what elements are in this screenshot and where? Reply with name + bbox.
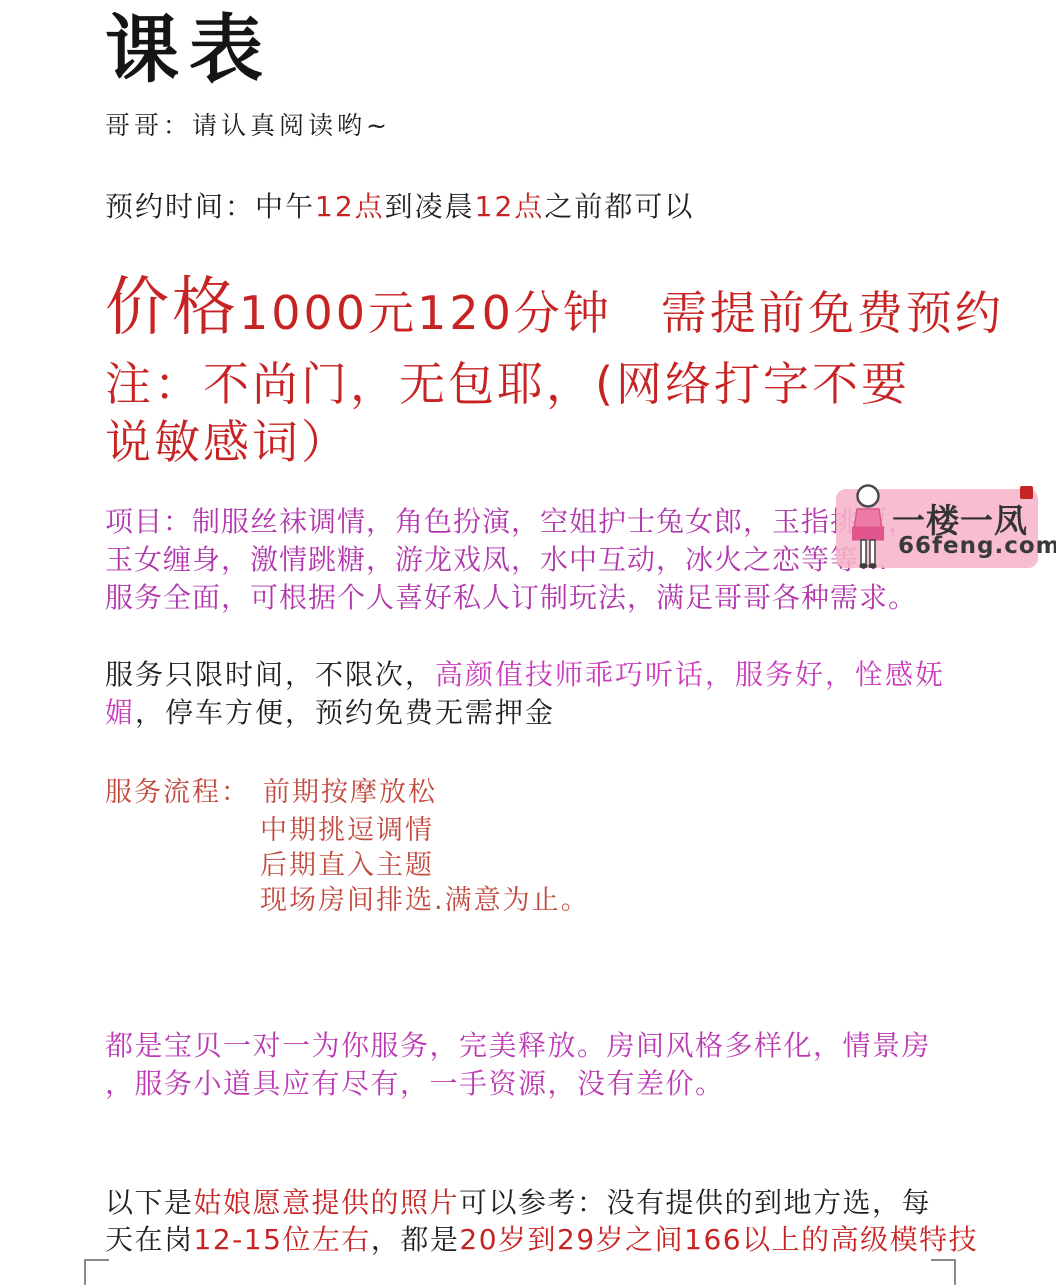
- booking-seg-5: 之前都可以: [544, 190, 694, 223]
- service-line-2: 媚，停车方便，预约免费无需押金: [105, 691, 555, 731]
- photos-seg-2: 姑娘愿意提供的照片: [194, 1186, 460, 1219]
- service-seg-1: 服务只限时间，不限次，: [105, 658, 435, 691]
- photos-seg-7: 20岁到29岁之间166以上的高级模特技: [459, 1223, 978, 1256]
- watermark-badge: 一楼一凤 66feng.com: [836, 489, 1038, 568]
- items-line-3: 服务全面，可根据个人喜好私人订制玩法，满足哥哥各种需求。: [105, 576, 917, 616]
- process-step-2: 中期挑逗调情: [260, 808, 434, 847]
- booking-time-line: 预约时间：中午12点到凌晨12点之前都可以: [105, 185, 694, 225]
- seal-icon: [1020, 486, 1033, 499]
- items-line-2: 玉女缠身，激情跳糖，游龙戏凤，水中互动，冰火之恋等等...: [105, 538, 889, 578]
- watermark-site-text: 66feng.com: [898, 533, 1056, 559]
- service-seg-3: 媚: [105, 696, 135, 729]
- price-note-line-1: 注：不尚门，无包耶，(网络打字不要: [105, 348, 910, 414]
- booking-seg-4: 12点: [475, 190, 545, 223]
- photos-seg-1: 以下是: [105, 1186, 194, 1219]
- process-step-3: 后期直入主题: [260, 843, 434, 882]
- items-line-1: 项目：制服丝袜调情，角色扮演，空姐护士兔女郎，玉指挑逗，: [105, 500, 917, 540]
- photos-seg-6: ，都是: [371, 1223, 460, 1256]
- booking-seg-1: 预约时间：中午: [105, 190, 315, 223]
- page-break-right-corner-mark: [931, 1259, 956, 1285]
- page-break-left-corner-mark: [84, 1259, 109, 1285]
- photos-seg-3: 可以参考：没有提供的到地方选，每: [459, 1186, 931, 1219]
- photos-line-2: 天在岗12-15位左右，都是20岁到29岁之间166以上的高级模特技: [105, 1218, 978, 1258]
- process-step-4: 现场房间排选.满意为止。: [260, 878, 590, 917]
- photos-line-1: 以下是姑娘愿意提供的照片可以参考：没有提供的到地方选，每: [105, 1181, 931, 1221]
- price-label: 价格: [105, 271, 239, 345]
- greeting-text: 哥哥：请认真阅读哟~: [105, 106, 391, 142]
- document-page: 课表 哥哥：请认真阅读哟~ 预约时间：中午12点到凌晨12点之前都可以 价格10…: [0, 0, 1056, 1286]
- booking-seg-2: 12点: [315, 190, 385, 223]
- page-title: 课表: [105, 0, 273, 100]
- photos-seg-4: 天在岗: [105, 1223, 194, 1256]
- price-value-text: 1000元120分钟 需提前免费预约: [239, 286, 1004, 340]
- photos-seg-5: 12-15位左右: [194, 1223, 371, 1256]
- booking-seg-3: 到凌晨: [385, 190, 475, 223]
- process-step-1: 前期按摩放松: [263, 770, 437, 809]
- rooms-line-2: ，服务小道具应有尽有，一手资源，没有差价。: [105, 1062, 725, 1102]
- price-line: 价格1000元120分钟 需提前免费预约: [105, 256, 1004, 348]
- service-seg-2: 高颜值技师乖巧听话，服务好，恮感妩: [435, 658, 945, 691]
- service-seg-4: ，停车方便，预约免费无需押金: [135, 696, 555, 729]
- process-label: 服务流程：: [105, 770, 250, 809]
- woman-icon: [842, 482, 894, 572]
- rooms-line-1: 都是宝贝一对一为你服务，完美释放。房间风格多样化，情景房: [105, 1024, 931, 1064]
- service-line-1: 服务只限时间，不限次，高颜值技师乖巧听话，服务好，恮感妩: [105, 653, 945, 693]
- price-note-line-2: 说敏感词）: [105, 406, 350, 472]
